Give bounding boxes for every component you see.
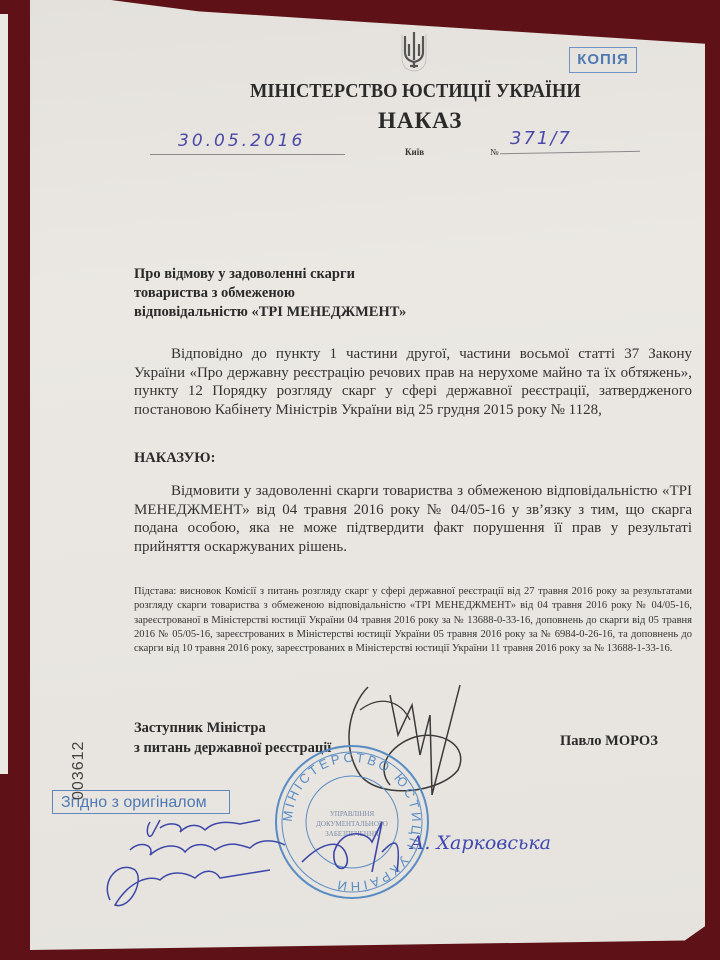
orders-heading: НАКАЗУЮ: — [134, 450, 215, 467]
certifier-signature: А. Харковська — [410, 832, 551, 854]
issuer-heading: МІНІСТЕРСТВО ЮСТИЦІЇ УКРАЇНИ — [250, 80, 581, 103]
order-number: 371/7 — [510, 128, 572, 149]
subject-line: товариства з обмеженою — [134, 284, 434, 303]
order-paragraph: Відмовити у задоволенні скарги товариств… — [134, 482, 692, 556]
basis-note: Підстава: висновок Комісії з питань розг… — [134, 585, 692, 656]
subject-line: відповідальністю «ТРІ МЕНЕДЖМЕНТ» — [134, 303, 434, 322]
order-subject: Про відмову у задоволенні скарги товарис… — [134, 265, 434, 322]
trident-icon — [399, 30, 429, 72]
handwritten-note — [90, 810, 490, 930]
city-label: Київ — [405, 147, 424, 157]
preamble-paragraph: Відповідно до пункту 1 частини другої, ч… — [134, 345, 692, 419]
position-line: Заступник Міністра — [134, 718, 331, 738]
signatory-name: Павло МОРОЗ — [560, 733, 658, 750]
order-date: 30.05.2016 — [178, 131, 305, 151]
document-type: НАКАЗ — [378, 108, 462, 134]
copy-stamp: КОПІЯ — [569, 47, 637, 73]
subject-line: Про відмову у задоволенні скарги — [134, 265, 434, 284]
number-label: № — [490, 147, 499, 157]
background-sheet — [0, 14, 8, 774]
serial-number: 003612 — [70, 741, 88, 800]
date-underline — [150, 154, 345, 155]
